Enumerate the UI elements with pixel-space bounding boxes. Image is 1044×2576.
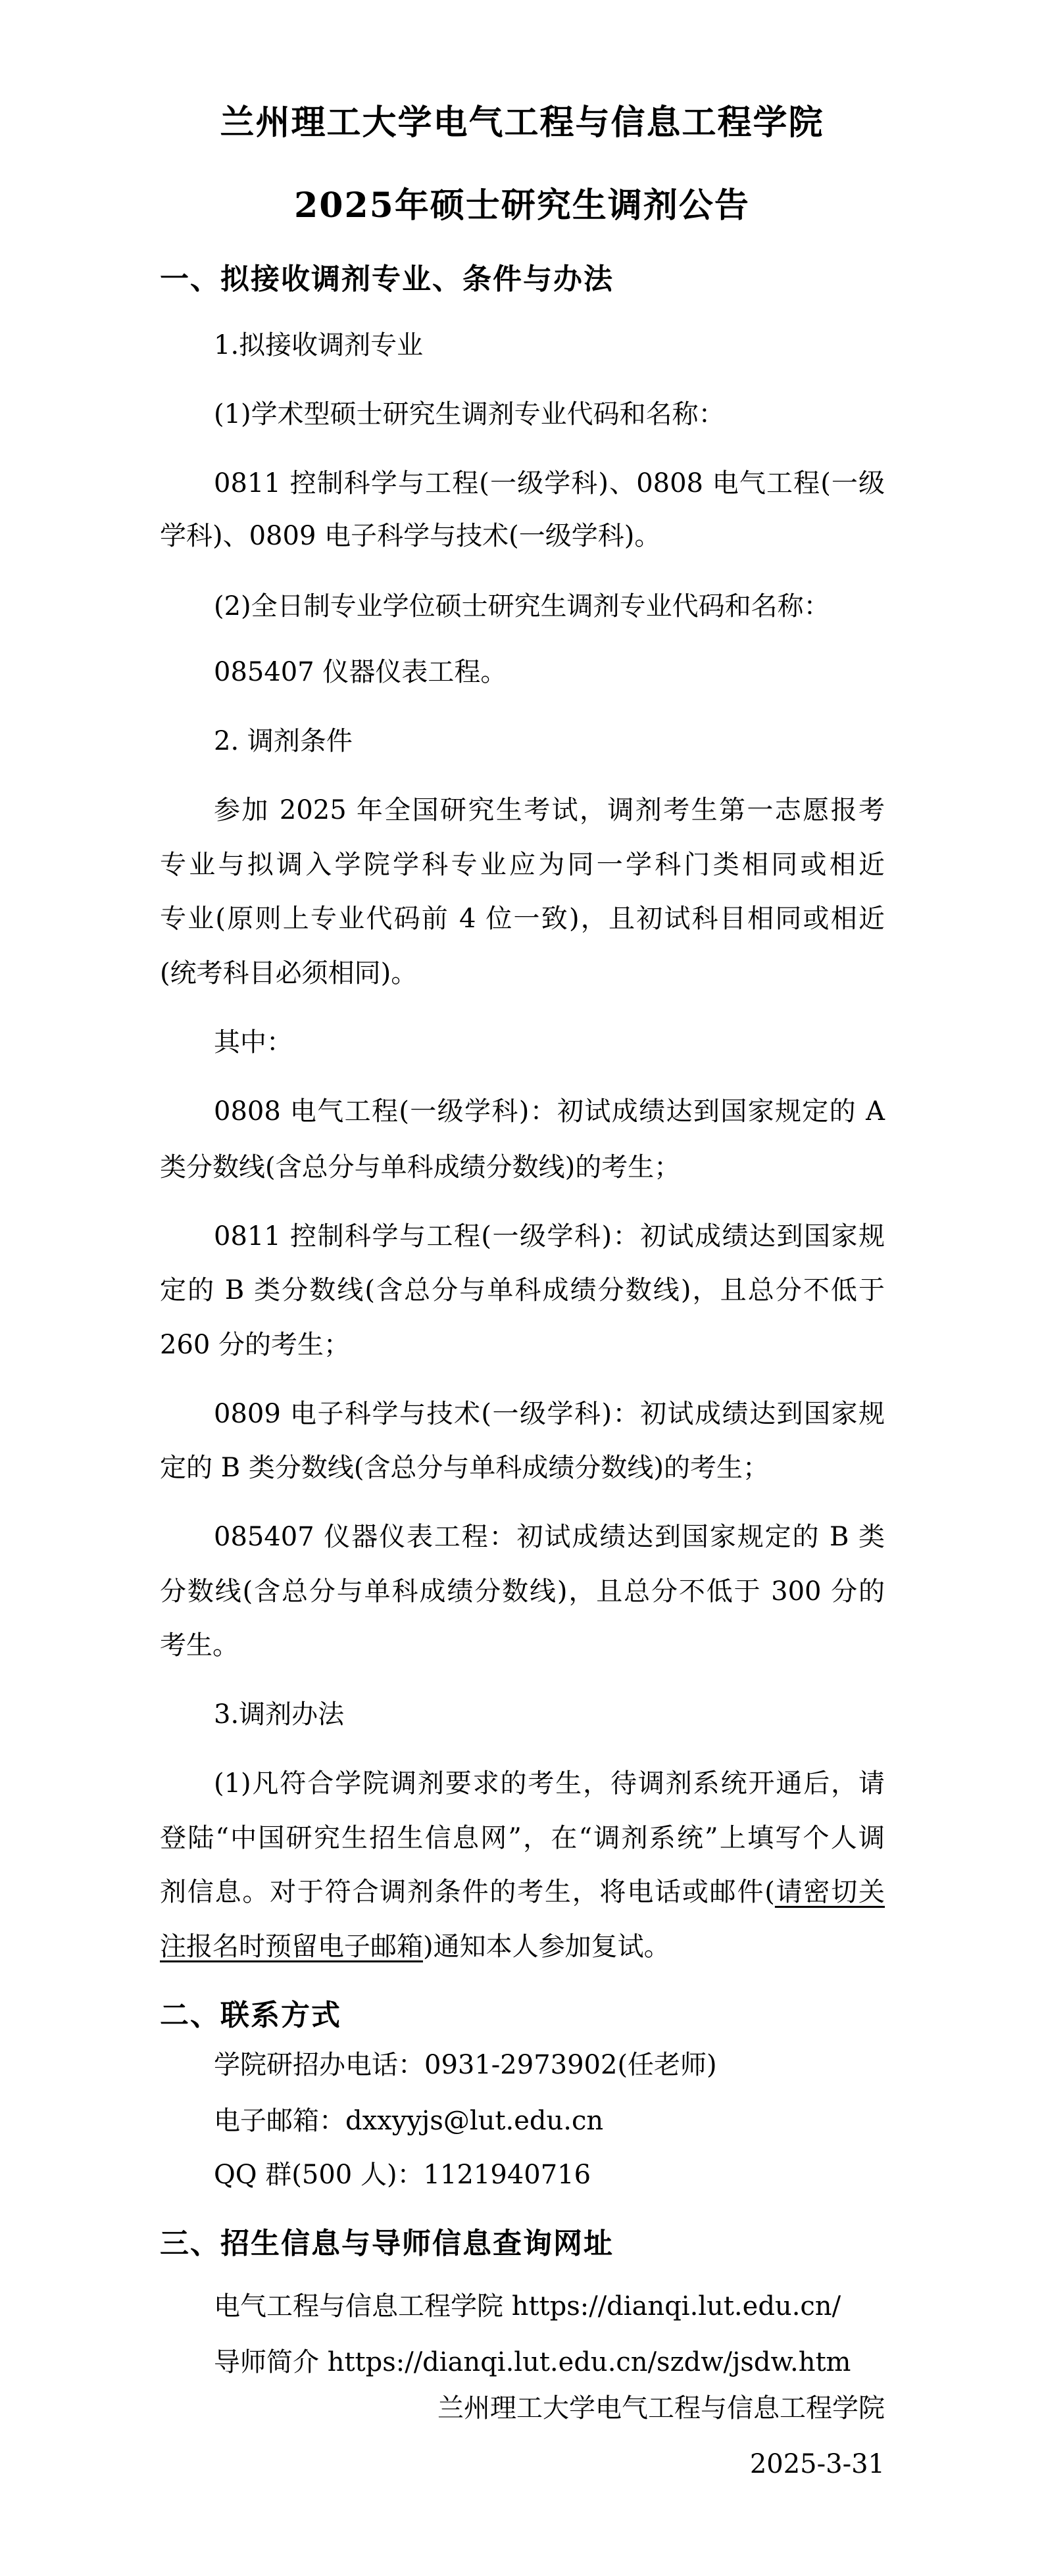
condition-0808-line-1: 0808 电气工程(一级学科)：初试成绩达到国家规定的 A	[214, 1085, 885, 1138]
announcement-page: 兰州理工大学电气工程与信息工程学院 2025年硕士研究生调剂公告 一、拟接收调剂…	[0, 0, 1044, 2576]
condition-0809-line-2: 定的 B 类分数线(含总分与单科成绩分数线)的考生；	[160, 1442, 769, 1494]
conditions-para-line-1: 参加 2025 年全国研究生考试，调剂考生第一志愿报考	[214, 784, 885, 837]
method-line-4: 注报名时预留电子邮箱)通知本人参加复试。	[160, 1920, 670, 1973]
section-2-heading: 二、联系方式	[160, 1989, 341, 2042]
condition-085407-line-2: 分数线(含总分与单科成绩分数线)，且总分不低于 300 分的	[160, 1565, 885, 1618]
method-line-3-text: 剂信息。对于符合调剂条件的考生，将电话或邮件(	[160, 1877, 775, 1907]
subsection-1-heading: 1.拟接收调剂专业	[214, 319, 423, 372]
section-1-heading: 一、拟接收调剂专业、条件与办法	[160, 253, 614, 306]
conditions-para-line-4: (统考科目必须相同)。	[160, 947, 417, 1000]
conditions-para-line-2: 专业与拟调入学院学科专业应为同一学科门类相同或相近	[160, 838, 885, 891]
academic-majors-label: (1)学术型硕士研究生调剂专业代码和名称：	[214, 388, 725, 441]
professional-majors-label: (2)全日制专业学位硕士研究生调剂专业代码和名称：	[214, 580, 830, 633]
subsection-3-heading: 3.调剂办法	[214, 1688, 344, 1741]
professional-majors-line: 085407 仪器仪表工程。	[214, 646, 507, 698]
advisor-website-link[interactable]: 导师简介 https://dianqi.lut.edu.cn/szdw/jsdw…	[214, 2336, 851, 2389]
college-website-link[interactable]: 电气工程与信息工程学院 https://dianqi.lut.edu.cn/	[214, 2280, 841, 2333]
academic-majors-line-1: 0811 控制科学与工程(一级学科)、0808 电气工程(一级	[214, 457, 885, 510]
section-3-heading: 三、招生信息与导师信息查询网址	[160, 2218, 614, 2270]
condition-085407-line-3: 考生。	[160, 1619, 239, 1672]
condition-0809-line-1: 0809 电子科学与技术(一级学科)：初试成绩达到国家规	[214, 1388, 885, 1440]
condition-085407-line-1: 085407 仪器仪表工程：初试成绩达到国家规定的 B 类	[214, 1511, 885, 1563]
contact-qq-group: QQ 群(500 人)：1121940716	[214, 2149, 591, 2201]
condition-0811-line-3: 260 分的考生；	[160, 1319, 350, 1371]
condition-0808-line-2: 类分数线(含总分与单科成绩分数线)的考生；	[160, 1141, 680, 1194]
condition-0811-line-1: 0811 控制科学与工程(一级学科)：初试成绩达到国家规	[214, 1210, 885, 1263]
method-line-4-text: )通知本人参加复试。	[423, 1932, 670, 1962]
signature-organization: 兰州理工大学电气工程与信息工程学院	[437, 2382, 885, 2435]
method-line-1: (1)凡符合学院调剂要求的考生，待调剂系统开通后，请	[214, 1757, 885, 1810]
among-label: 其中：	[214, 1016, 293, 1069]
signature-date: 2025-3-31	[750, 2438, 885, 2491]
method-line-2: 登陆“中国研究生招生信息网”，在“调剂系统”上填写个人调	[160, 1812, 885, 1864]
contact-phone: 学院研招办电话：0931-2973902(任老师)	[214, 2039, 717, 2091]
conditions-para-line-3: 专业(原则上专业代码前 4 位一致)，且初试科目相同或相近	[160, 892, 885, 945]
contact-email[interactable]: 电子邮箱：dxxyyjs@lut.edu.cn	[214, 2095, 603, 2147]
email-notice-underlined-1: 请密切关	[775, 1877, 885, 1907]
title-line-2: 2025年硕士研究生调剂公告	[0, 180, 1044, 232]
method-line-3: 剂信息。对于符合调剂条件的考生，将电话或邮件(请密切关	[160, 1866, 885, 1918]
subsection-2-heading: 2. 调剂条件	[214, 715, 353, 767]
condition-0811-line-2: 定的 B 类分数线(含总分与单科成绩分数线)，且总分不低于	[160, 1264, 885, 1317]
email-notice-underlined-2: 注报名时预留电子邮箱	[160, 1932, 423, 1962]
academic-majors-line-2: 学科)、0809 电子科学与技术(一级学科)。	[160, 510, 885, 562]
title-line-1: 兰州理工大学电气工程与信息工程学院	[0, 97, 1044, 149]
